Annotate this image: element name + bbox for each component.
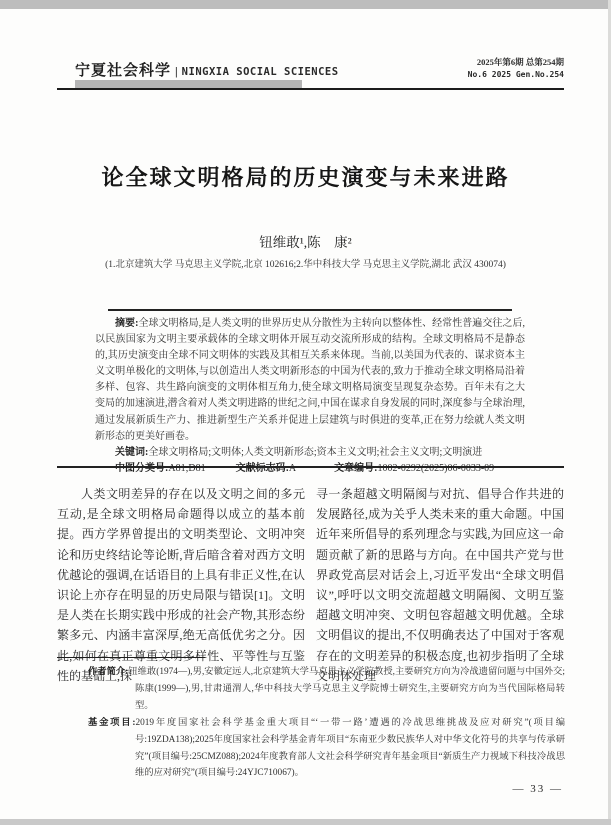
keywords-label: 关键词:	[115, 447, 148, 458]
doc-code-label: 文献标志码:	[236, 463, 289, 474]
abstract-rule-top	[108, 309, 512, 311]
body-columns: 人类文明差异的存在以及文明之间的多元互动,是全球文明格局命题得以成立的基本前提。…	[57, 484, 564, 686]
footnotes-block: 作者简介:钮维敢(1974—),男,安徽定远人,北京建筑大学马克思主义学院教授,…	[88, 664, 565, 782]
author-bio-text: 钮维敢(1974—),男,安徽定远人,北京建筑大学马克思主义学院教授,主要研究方…	[128, 667, 565, 711]
article-title: 论全球文明格局的历史演变与未来进路	[0, 161, 611, 192]
issue-info-cn: 2025年第6期 总第254期	[468, 56, 564, 69]
fund-label: 基金项目:	[88, 718, 135, 728]
fund-text: 2019年度国家社会科学基金重大项目“‘一带一路’遭遇的冷战思维挑战及应对研究”…	[135, 718, 565, 779]
page-number: — 33 —	[513, 783, 564, 795]
doc-code-value: A	[289, 463, 296, 474]
fund-note: 基金项目:2019年度国家社会科学基金重大项目“‘一带一路’遭遇的冷战思维挑战及…	[88, 715, 565, 783]
clc-value: A81;D81	[168, 463, 205, 474]
scanned-journal-page: 宁夏社会科学|NINGXIA SOCIAL SCIENCES 2025年第6期 …	[0, 0, 611, 825]
abstract-label: 摘要:	[115, 318, 138, 329]
keywords-text: 全球文明格局;文明体;人类文明新形态;资本主义文明;社会主义文明;文明演进	[148, 447, 482, 458]
body-text-left: 人类文明差异的存在以及文明之间的多元互动,是全球文明格局命题得以成立的基本前提。…	[57, 484, 305, 686]
author-bio-label: 作者简介:	[88, 667, 128, 677]
article-authors: 钮维敢¹,陈 康²	[0, 231, 611, 251]
header-rule	[57, 88, 564, 90]
scan-edge-bottom	[0, 819, 611, 825]
clc-label: 中图分类号:	[115, 463, 168, 474]
issue-info: 2025年第6期 总第254期 No.6 2025 Gen.No.254	[468, 56, 564, 81]
body-column-left: 人类文明差异的存在以及文明之间的多元互动,是全球文明格局命题得以成立的基本前提。…	[57, 484, 305, 686]
footnote-rule	[57, 657, 205, 658]
abstract-block: 摘要:全球文明格局,是人类文明的世界历史从分散性为主转向以整体性、经常性普遍交往…	[95, 316, 525, 477]
journal-masthead: 宁夏社会科学|NINGXIA SOCIAL SCIENCES	[75, 59, 339, 80]
issue-info-en: No.6 2025 Gen.No.254	[468, 69, 564, 82]
abstract-rule-bottom	[57, 466, 564, 468]
journal-name-cn: 宁夏社会科学	[75, 63, 171, 79]
classification-line: 中图分类号:A81;D81文献标志码:A文章编号:1002-0292(2025)…	[95, 461, 525, 477]
journal-name-en: NINGXIA SOCIAL SCIENCES	[182, 66, 339, 78]
article-id-value: 1002-0292(2025)06-0033-09	[378, 463, 495, 474]
abstract-text: 全球文明格局,是人类文明的世界历史从分散性为主转向以整体性、经常性普遍交往之后,…	[95, 318, 525, 442]
body-text-right: 寻一条超越文明隔阂与对抗、倡导合作共进的发展路径,成为关乎人类未来的重大命题。中…	[316, 484, 564, 686]
article-id-label: 文章编号:	[334, 463, 377, 474]
abstract-paragraph: 摘要:全球文明格局,是人类文明的世界历史从分散性为主转向以整体性、经常性普遍交往…	[95, 316, 525, 445]
scan-edge-top	[0, 0, 611, 9]
keywords-line: 关键词:全球文明格局;文明体;人类文明新形态;资本主义文明;社会主义文明;文明演…	[95, 445, 525, 461]
body-column-right: 寻一条超越文明隔阂与对抗、倡导合作共进的发展路径,成为关乎人类未来的重大命题。中…	[316, 484, 564, 686]
article-affiliation: (1.北京建筑大学 马克思主义学院,北京 102616;2.华中科技大学 马克思…	[0, 256, 611, 270]
journal-name-separator: |	[175, 64, 178, 78]
author-bio-note: 作者简介:钮维敢(1974—),男,安徽定远人,北京建筑大学马克思主义学院教授,…	[88, 664, 565, 715]
